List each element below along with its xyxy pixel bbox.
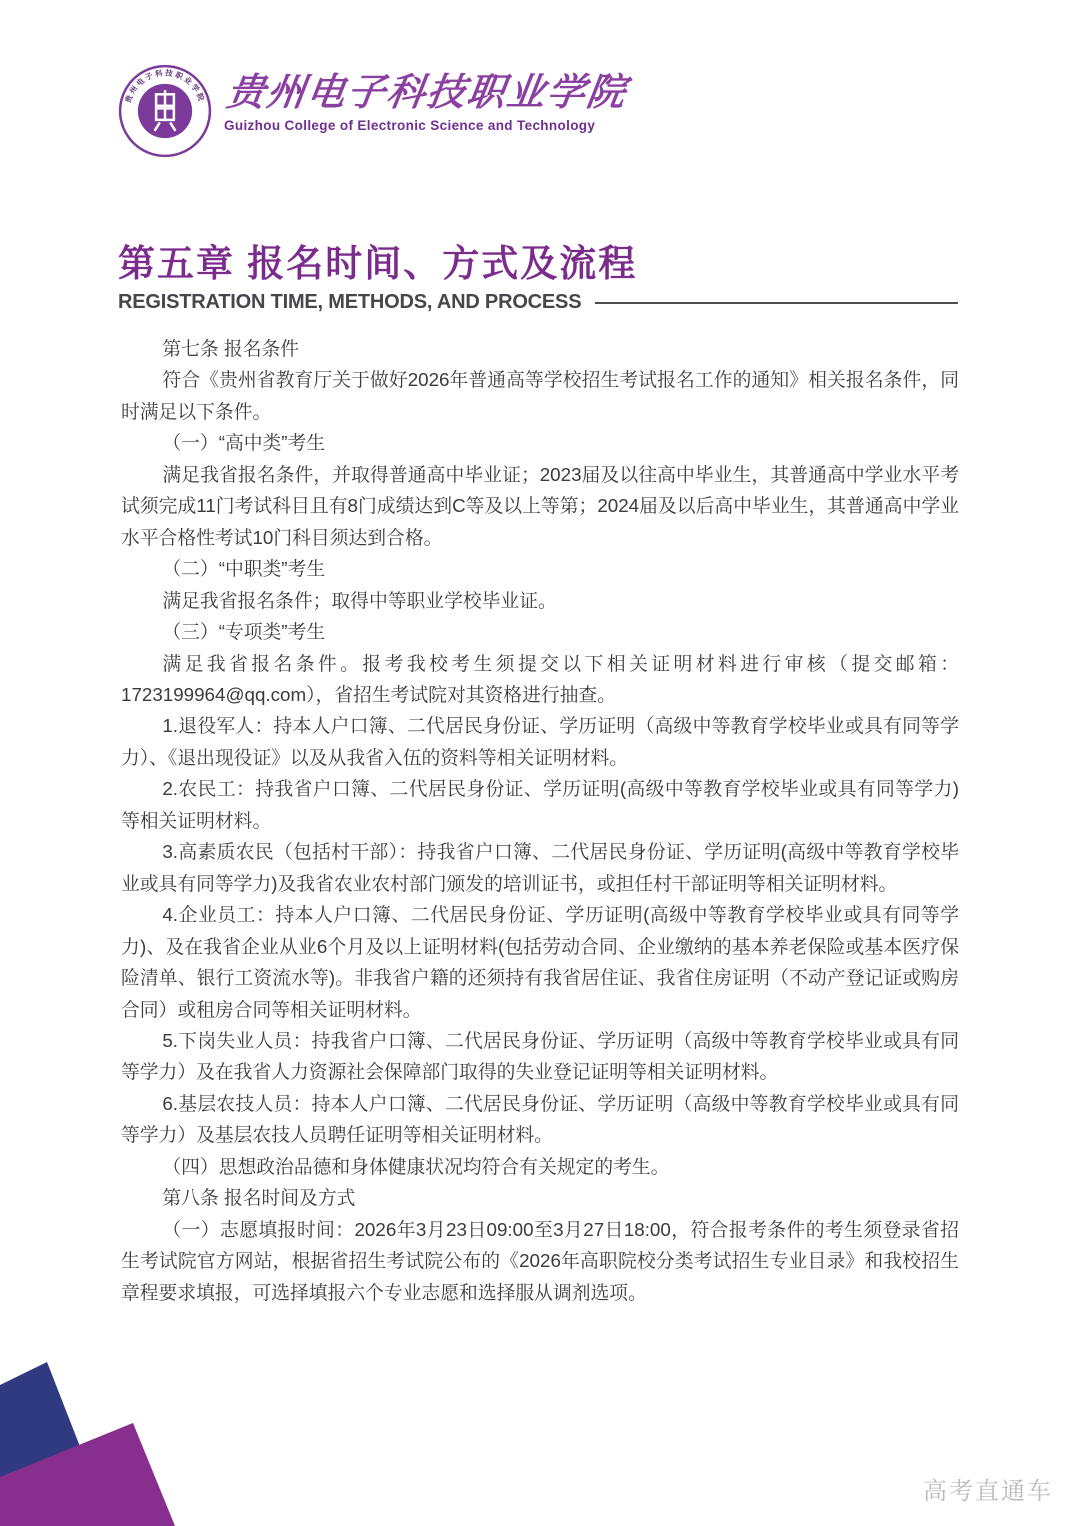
body-paragraphs: 第七条 报名条件 符合《贵州省教育厅关于做好2026年普通高等学校招生考试报名工… (121, 333, 959, 1308)
paragraph: 符合《贵州省教育厅关于做好2026年普通高等学校招生考试报名工作的通知》相关报名… (121, 364, 959, 427)
paragraph: （一）“高中类”考生 (121, 427, 959, 458)
chapter-subtitle: REGISTRATION TIME, METHODS, AND PROCESS (118, 291, 581, 314)
subtitle-rule (595, 302, 958, 304)
school-seal: 贵州电子科技职业学院 (118, 64, 212, 158)
paragraph: 满足我省报名条件；取得中等职业学校毕业证。 (121, 585, 959, 616)
paragraph: 4.企业员工：持本人户口簿、二代居民身份证、学历证明(高级中等教育学校毕业或具有… (121, 899, 959, 1025)
paragraph: 满足我省报名条件。报考我校考生须提交以下相关证明材料进行审核（提交邮箱：1723… (121, 648, 959, 711)
paragraph: （二）“中职类”考生 (121, 553, 959, 584)
chapter-heading: 第五章 报名时间、方式及流程 REGISTRATION TIME, METHOD… (118, 242, 958, 314)
chapter-subtitle-row: REGISTRATION TIME, METHODS, AND PROCESS (118, 291, 958, 314)
document-page: 贵州电子科技职业学院 贵州电子科技职业学院 Guizhou College of… (0, 0, 1080, 1526)
school-logo: 贵州电子科技职业学院 贵州电子科技职业学院 Guizhou College of… (118, 64, 624, 158)
paragraph: 2.农民工：持我省户口簿、二代居民身份证、学历证明(高级中等教育学校毕业或具有同… (121, 773, 959, 836)
paragraph: （四）思想政治品德和身体健康状况均符合有关规定的考生。 (121, 1151, 959, 1182)
paragraph: 1.退役军人：持本人户口簿、二代居民身份证、学历证明（高级中等教育学校毕业或具有… (121, 710, 959, 773)
college-name-zh: 贵州电子科技职业学院 (224, 70, 630, 114)
paragraph: （三）“专项类”考生 (121, 616, 959, 647)
chapter-title: 第五章 报名时间、方式及流程 (118, 242, 958, 286)
paragraph: 满足我省报名条件，并取得普通高中毕业证；2023届及以往高中毕业生，其普通高中学… (121, 459, 959, 553)
paragraph: 6.基层农技人员：持本人户口簿、二代居民身份证、学历证明（高级中等教育学校毕业或… (121, 1088, 959, 1151)
paragraph: 第八条 报名时间及方式 (121, 1182, 959, 1213)
corner-decoration (0, 1356, 200, 1526)
paragraph: 第七条 报名条件 (121, 333, 959, 364)
paragraph: 3.高素质农民（包括村干部）：持我省户口簿、二代居民身份证、学历证明(高级中等教… (121, 836, 959, 899)
paragraph: 5.下岗失业人员：持我省户口簿、二代居民身份证、学历证明（高级中等教育学校毕业或… (121, 1025, 959, 1088)
logo-text-block: 贵州电子科技职业学院 Guizhou College of Electronic… (224, 64, 624, 133)
watermark: 高考直通车 (923, 1471, 1053, 1506)
paragraph: （一）志愿填报时间：2026年3月23日09:00至3月27日18:00，符合报… (121, 1214, 959, 1308)
college-name-en: Guizhou College of Electronic Science an… (224, 118, 624, 133)
